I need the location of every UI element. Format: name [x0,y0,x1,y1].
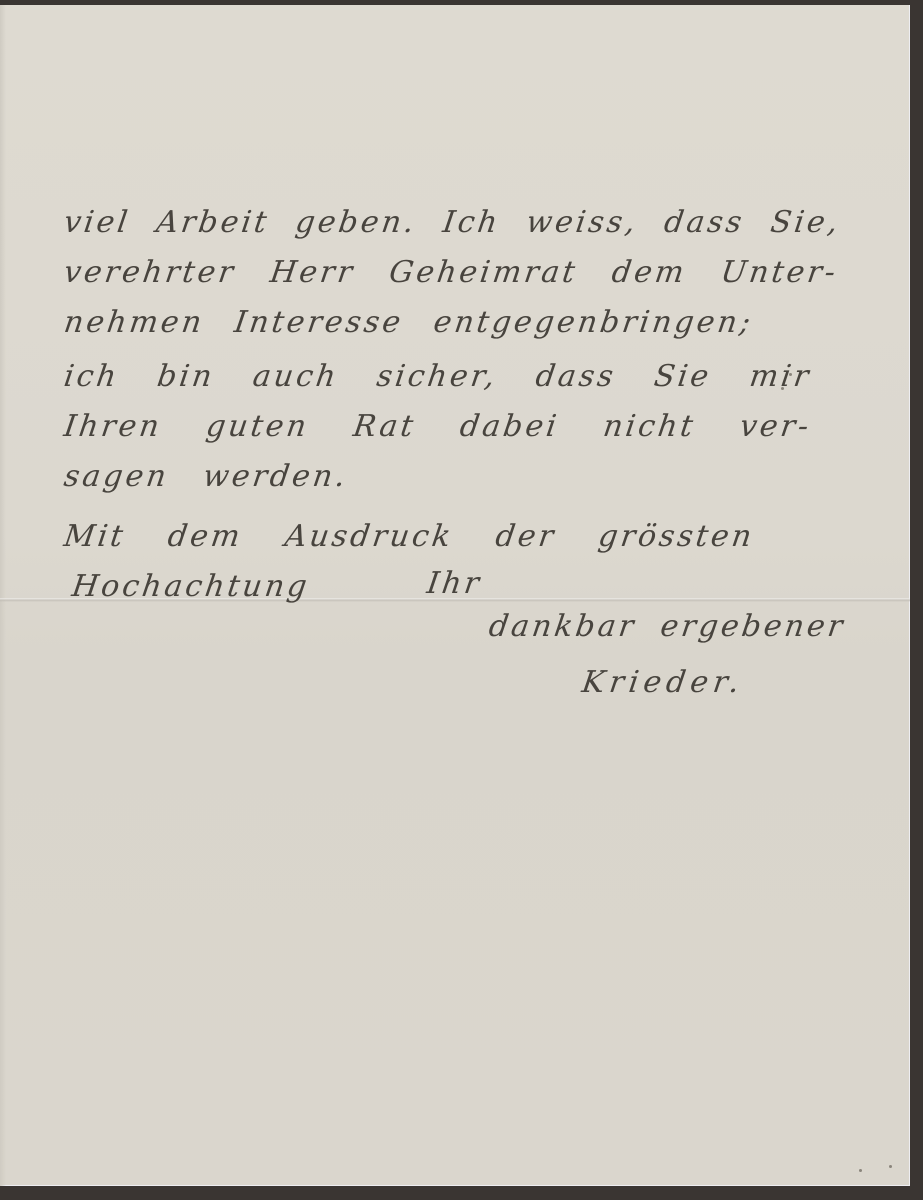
paper-speck [789,373,792,376]
body-line-1: viel Arbeit geben. Ich weiss, dass Sie, [62,208,842,238]
body-line-2: verehrter Herr Geheimrat dem Unter- [62,258,840,288]
paper-edge [0,5,6,1186]
body-line-6: sagen werden. [62,462,350,492]
closing-hochachtung: Hochachtung [70,572,311,602]
body-line-4: ich bin auch sicher, dass Sie mir [62,362,813,392]
closing-ihr: Ihr [425,569,484,599]
body-line-5: Ihren guten Rat dabei nicht ver- [62,412,813,442]
paper-speck [781,387,784,390]
body-line-3: nehmen Interesse entgegenbringen; [62,308,755,338]
paper-speck [889,1165,892,1168]
signature: Krieder. [580,668,746,698]
closing-ergebener: dankbar ergebener [487,612,847,642]
closing-line-1: Mit dem Ausdruck der grössten [62,522,756,552]
paper-speck [859,1169,862,1172]
letter-page: viel Arbeit geben. Ich weiss, dass Sie, … [0,5,910,1186]
